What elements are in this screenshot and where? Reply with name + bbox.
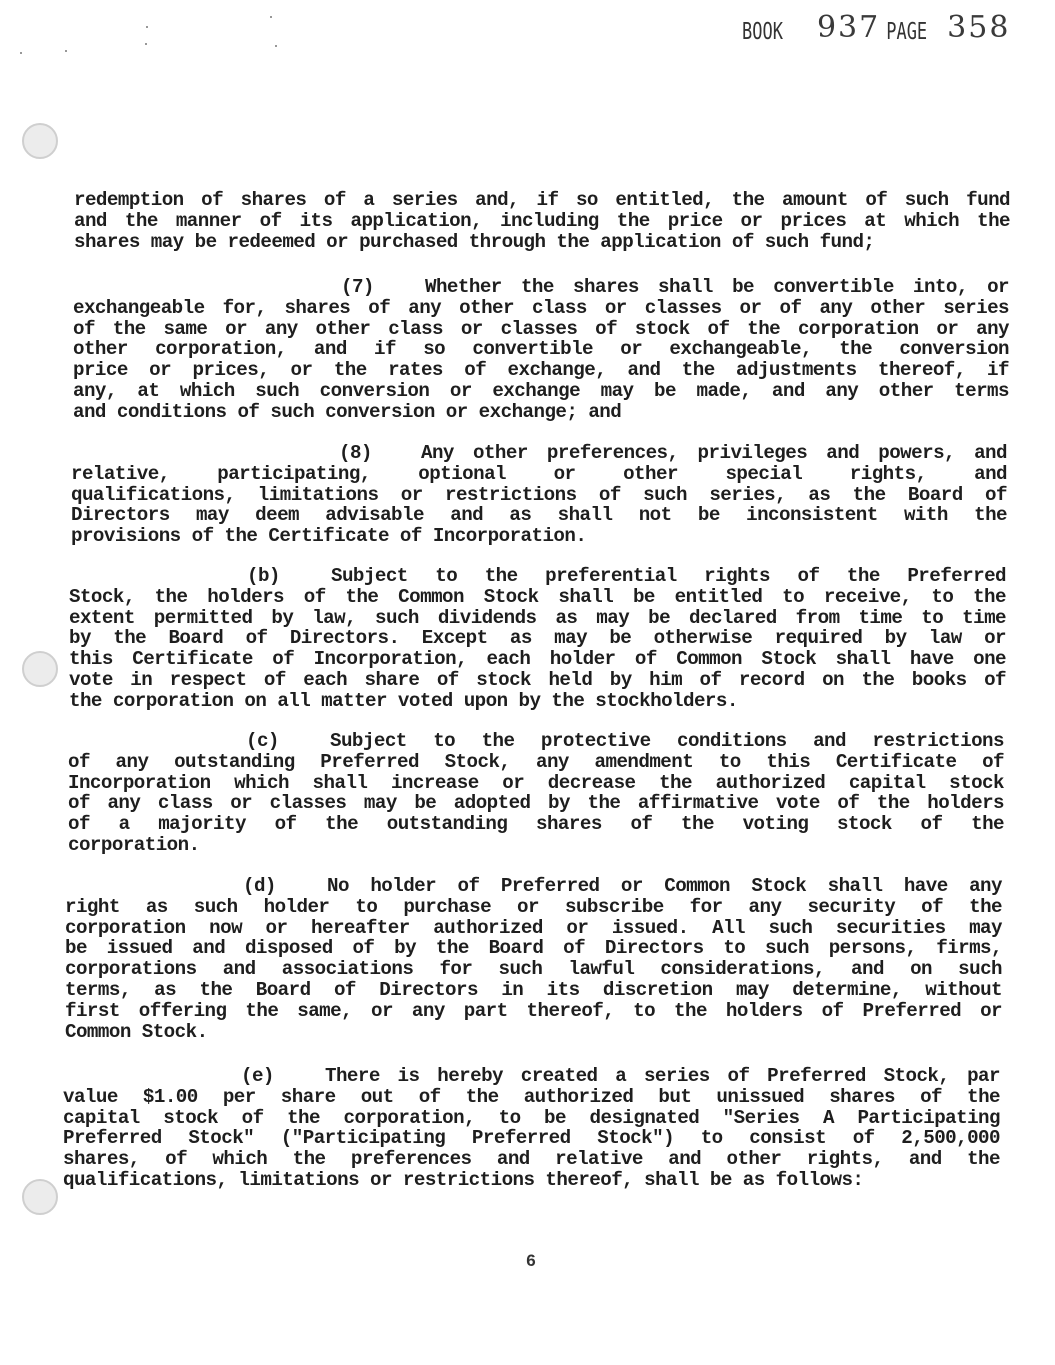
page-label: PAGE (886, 19, 927, 46)
text-line: qualifications, limitations or restricti… (63, 1170, 1000, 1191)
text-line: right as such holder to purchase or subs… (65, 897, 1002, 918)
punch-hole (22, 123, 58, 159)
scan-speck (270, 16, 272, 18)
text-line: the corporation on all matter voted upon… (69, 691, 1006, 712)
footer-page-number: 6 (0, 1251, 1055, 1271)
paragraph-section-c: (c)Subject to the protective conditions … (68, 731, 1004, 856)
text-line: No holder of Preferred or Common Stock s… (65, 876, 1002, 897)
text-line: vote in respect of each share of stock h… (69, 670, 1006, 691)
paragraph-item-7: (7)Whether the shares shall be convertib… (73, 277, 1009, 423)
text-line: corporations and associations for such l… (65, 959, 1002, 980)
text-line: Whether the shares shall be convertible … (73, 277, 1009, 298)
text-line: and the manner of its application, inclu… (74, 211, 1010, 232)
text-line: relative, participating, optional or oth… (71, 464, 1007, 485)
text-line: corporation. (68, 835, 1004, 856)
text-line: any, at which such conversion or exchang… (73, 381, 1009, 402)
text-line: be issued and disposed of by the Board o… (65, 938, 1002, 959)
book-label: BOOK (742, 19, 783, 46)
book-number: 937 (817, 10, 880, 45)
recorded-page-number: 358 (947, 10, 1010, 45)
punch-hole (22, 651, 58, 687)
scan-speck (275, 45, 277, 47)
paragraph-section-e: (e)There is hereby created a series of P… (63, 1066, 1000, 1191)
scan-speck (145, 43, 147, 45)
text-line: redemption of shares of a series and, if… (74, 190, 1010, 211)
text-line: Common Stock. (65, 1022, 1002, 1043)
text-line: this Certificate of Incorporation, each … (69, 649, 1006, 670)
text-line: by the Board of Directors. Except as may… (69, 628, 1006, 649)
paragraph-section-b: (b)Subject to the preferential rights of… (69, 566, 1006, 712)
text-line: Stock, the holders of the Common Stock s… (69, 587, 1006, 608)
text-line: shares, of which the preferences and rel… (63, 1149, 1000, 1170)
text-line: other corporation, and if so convertible… (73, 339, 1009, 360)
paragraph-item-8: (8)Any other preferences, privileges and… (71, 443, 1007, 547)
paragraph-section-d: (d)No holder of Preferred or Common Stoc… (65, 876, 1002, 1042)
text-line: first offering the same, or any part the… (65, 1001, 1002, 1022)
paragraph-sinking-fund: redemption of shares of a series and, if… (74, 190, 1010, 252)
text-line: terms, as the Board of Directors in its … (65, 980, 1002, 1001)
text-line: of the same or any other class or classe… (73, 319, 1009, 340)
text-line: Preferred Stock" ("Participating Preferr… (63, 1128, 1000, 1149)
text-line: price or prices, or the rates of exchang… (73, 360, 1009, 381)
text-line: of a majority of the outstanding shares … (68, 814, 1004, 835)
text-line: capital stock of the corporation, to be … (63, 1108, 1000, 1129)
punch-hole (22, 1179, 58, 1215)
text-line: Incorporation which shall increase or de… (68, 773, 1004, 794)
text-line: Subject to the protective conditions and… (68, 731, 1004, 752)
text-line: value $1.00 per share out of the authori… (63, 1087, 1000, 1108)
text-line: Any other preferences, privileges and po… (71, 443, 1007, 464)
text-line: and conditions of such conversion or exc… (73, 402, 1009, 423)
text-line: Directors may deem advisable and as shal… (71, 505, 1007, 526)
text-line: provisions of the Certificate of Incorpo… (71, 526, 1007, 547)
text-line: qualifications, limitations or restricti… (71, 485, 1007, 506)
scan-speck (65, 50, 67, 52)
text-line: extent permitted by law, such dividends … (69, 608, 1006, 629)
text-line: Subject to the preferential rights of th… (69, 566, 1006, 587)
text-line: shares may be redeemed or purchased thro… (74, 232, 1010, 253)
document-page: BOOK 937 PAGE 358 redemption of shares o… (0, 0, 1055, 1365)
text-line: There is hereby created a series of Pref… (63, 1066, 1000, 1087)
text-line: of any class or classes may be adopted b… (68, 793, 1004, 814)
scan-speck (146, 26, 148, 28)
book-page-stamp: BOOK 937 PAGE 358 (742, 10, 1010, 45)
text-line: exchangeable for, shares of any other cl… (73, 298, 1009, 319)
scan-speck (20, 52, 22, 54)
text-line: of any outstanding Preferred Stock, any … (68, 752, 1004, 773)
text-line: corporation now or hereafter authorized … (65, 918, 1002, 939)
